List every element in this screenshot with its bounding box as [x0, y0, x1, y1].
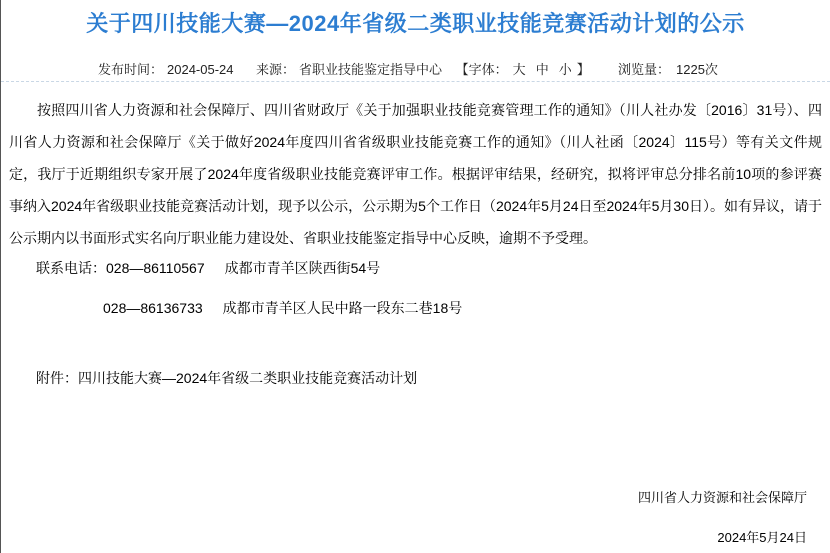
signature-block: 四川省人力资源和社会保障厅 2024年5月24日: [9, 484, 822, 552]
attachment-line: 附件：四川技能大赛—2024年省级二类职业技能竞赛活动计划: [36, 364, 822, 392]
views-label: 浏览量：: [618, 62, 670, 77]
views-counter: 浏览量：1225次: [618, 59, 718, 78]
font-size-control: 【字体：大中小】: [456, 62, 590, 77]
meta-bar: 发布时间：2024-05-24 来源：省职业技能鉴定指导中心 【字体：大中小】 …: [1, 59, 830, 77]
page-container: 关于四川技能大赛—2024年省级二类职业技能竞赛活动计划的公示 发布时间：202…: [0, 0, 830, 553]
contact-address-1: 成都市青羊区陕西街54号: [225, 260, 381, 276]
contact-line-1: 联系电话：028—86110567成都市青羊区陕西街54号: [36, 254, 822, 282]
font-size-large-button[interactable]: 大: [513, 62, 526, 77]
signature-date: 2024年5月24日: [9, 524, 807, 552]
contact-phone-2: 028—86136733: [103, 300, 203, 316]
publish-time-value: 2024-05-24: [167, 62, 234, 77]
contact-address-2: 成都市青羊区人民中路一段东二巷18号: [223, 300, 463, 316]
font-size-suffix: 】: [577, 62, 590, 77]
attachment-label: 附件：: [36, 370, 78, 386]
article-header: 关于四川技能大赛—2024年省级二类职业技能竞赛活动计划的公示 发布时间：202…: [1, 0, 830, 82]
dashed-divider: [1, 81, 830, 82]
font-size-medium-button[interactable]: 中: [536, 62, 549, 77]
contact-line-2: 028—86136733成都市青羊区人民中路一段东二巷18号: [103, 294, 822, 322]
contact-phone-1: 028—86110567: [106, 260, 205, 276]
publish-time-label: 发布时间：: [98, 62, 163, 77]
source-info: 来源：省职业技能鉴定指导中心 【字体：大中小】: [256, 59, 590, 78]
source-label: 来源：: [256, 62, 295, 77]
announcement-paragraph: 按照四川省人力资源和社会保障厅、四川省财政厅《关于加强职业技能竞赛管理工作的通知…: [9, 94, 822, 254]
attachment-link[interactable]: 四川技能大赛—2024年省级二类职业技能竞赛活动计划: [78, 370, 417, 386]
signature-agency: 四川省人力资源和社会保障厅: [9, 484, 807, 512]
views-value: 1225次: [676, 62, 718, 77]
font-size-small-button[interactable]: 小: [559, 62, 572, 77]
contact-label: 联系电话：: [36, 260, 106, 276]
page-title: 关于四川技能大赛—2024年省级二类职业技能竞赛活动计划的公示: [1, 10, 830, 38]
font-size-prefix: 【字体：: [456, 62, 508, 77]
source-value: 省职业技能鉴定指导中心: [299, 62, 442, 77]
publish-time: 发布时间：2024-05-24: [98, 59, 234, 78]
article-body: 按照四川省人力资源和社会保障厅、四川省财政厅《关于加强职业技能竞赛管理工作的通知…: [1, 94, 830, 552]
